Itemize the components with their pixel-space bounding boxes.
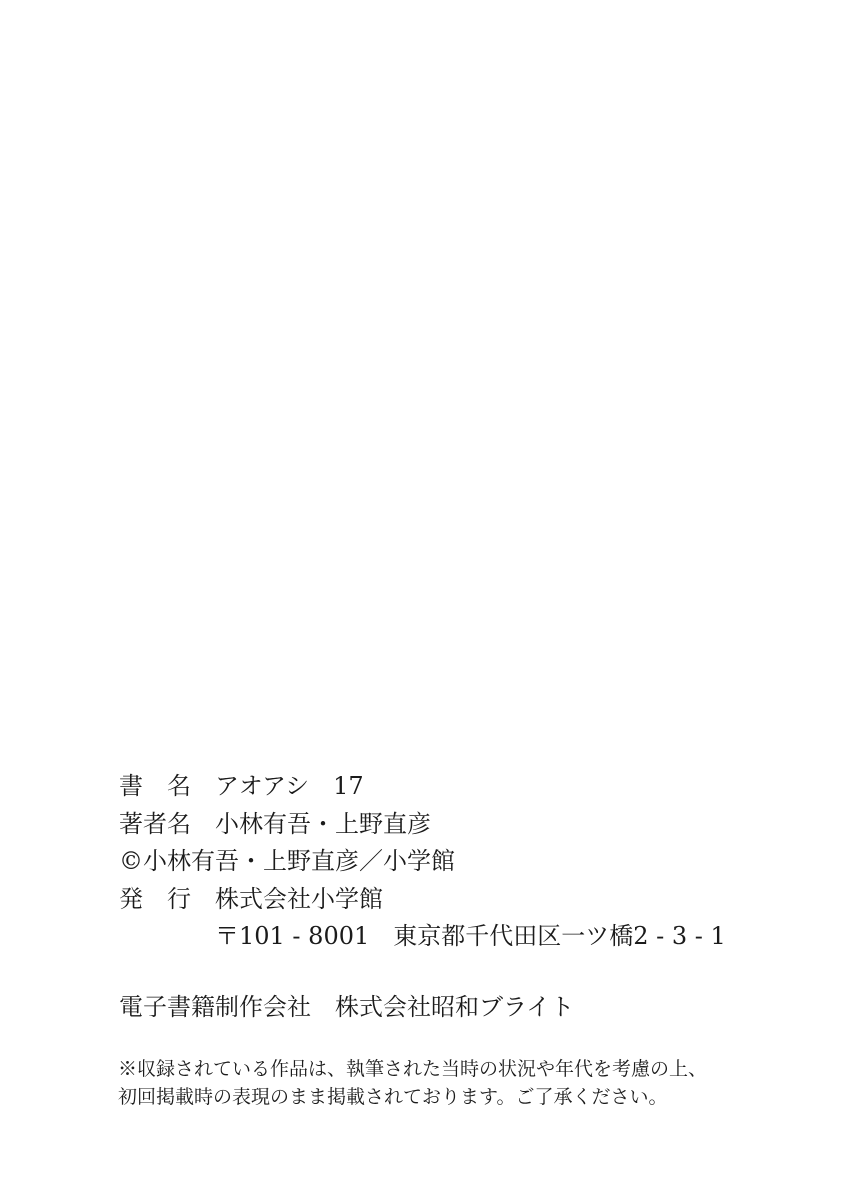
ebook-producer-block: 電子書籍制作会社 株式会社昭和ブライト [119,989,574,1027]
copyright-line: ©小林有吾・上野直彦／小学館 [119,843,726,881]
publisher-line: 発 行 株式会社小学館 [119,881,726,919]
disclaimer-note-block: ※収録されている作品は、執筆された当時の状況や年代を考慮の上、 初回掲載時の表現… [118,1056,707,1111]
publisher-address-line: 〒101 - 8001 東京都千代田区一ツ橋2 - 3 - 1 [119,918,726,956]
ebook-producer-line: 電子書籍制作会社 株式会社昭和ブライト [119,989,574,1027]
book-title-line: 書 名 アオアシ 17 [119,768,726,806]
colophon-main-block: 書 名 アオアシ 17 著者名 小林有吾・上野直彦 ©小林有吾・上野直彦／小学館… [119,768,726,956]
author-line: 著者名 小林有吾・上野直彦 [119,806,726,844]
colophon-page: 書 名 アオアシ 17 著者名 小林有吾・上野直彦 ©小林有吾・上野直彦／小学館… [0,0,847,1200]
disclaimer-note-line-1: ※収録されている作品は、執筆された当時の状況や年代を考慮の上、 [118,1056,707,1084]
disclaimer-note-line-2: 初回掲載時の表現のまま掲載されております。ご了承ください。 [118,1084,707,1112]
